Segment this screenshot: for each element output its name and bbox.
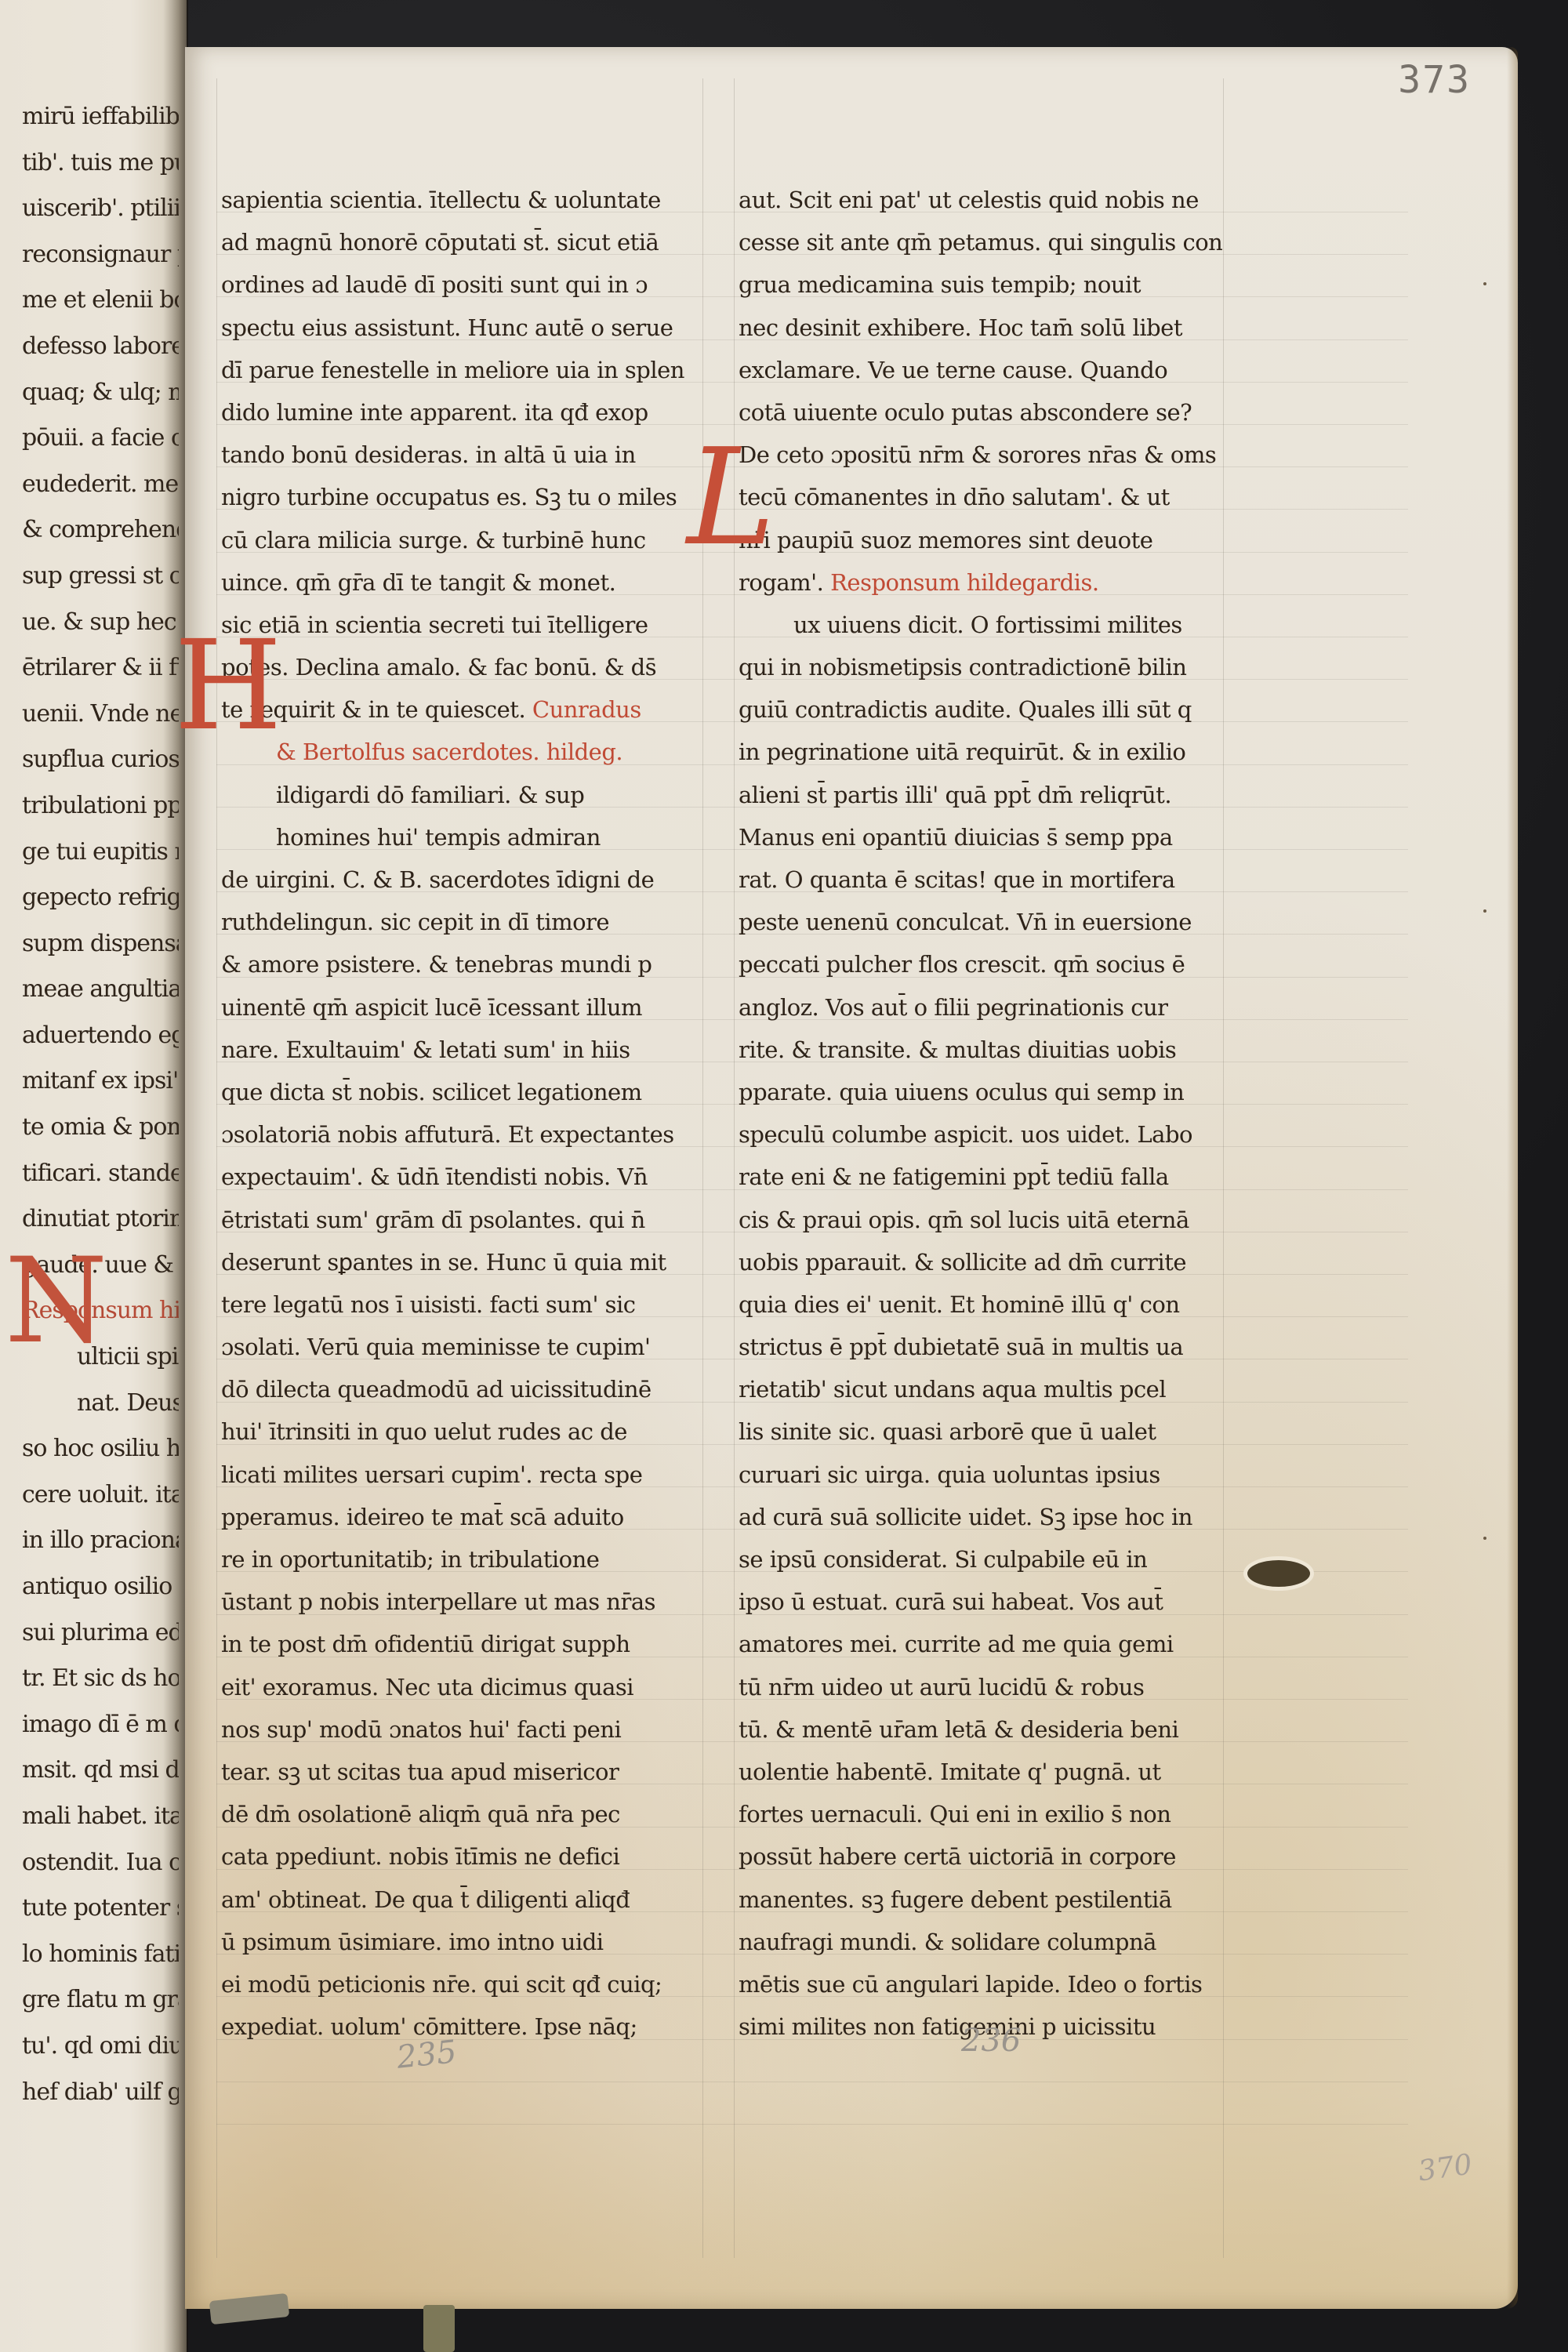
text-line: in pegrinatione uitā requirūt. & in exil… — [739, 731, 1240, 773]
text-line: tū nr̄m uideo ut aurū lucidū & robus — [739, 1666, 1240, 1708]
text-line: tere legatū nos ī uisisti. facti sum' si… — [221, 1283, 723, 1326]
decorated-initial-h: H — [174, 624, 282, 748]
decorated-initial-l: L — [687, 431, 775, 564]
text-line: manentes. sꝫ fugere debent pestilentiā — [739, 1878, 1240, 1921]
text-line: rite. & transite. & multas diuitias uobi… — [739, 1029, 1240, 1071]
text-line: tib'. tuis me pur pou — [22, 140, 179, 187]
text-line: tear. sꝫ ut scitas tua apud misericor — [221, 1751, 723, 1793]
rubric-heading: Responsum hildegardis. — [830, 569, 1098, 596]
text-line: tr. Et sic ds homine — [22, 1656, 179, 1702]
text-line: de uirgini. C. & B. sacerdotes īdigni de — [221, 858, 723, 901]
text-line: ue. & sup hec omia — [22, 600, 179, 646]
text-line: ostendit. Iua ofu — [22, 1840, 179, 1886]
ruling-line — [216, 2082, 1408, 2082]
text-line: cere uoluit. ita ut omia — [22, 1472, 179, 1519]
rubric-heading: Cunradus — [532, 696, 641, 723]
text-line: rat. O quanta ē scitas! que in mortifera — [739, 858, 1240, 901]
text-line: licati milites uersari cupim'. recta spe — [221, 1454, 723, 1496]
text-line: antiquo osilio ualde — [22, 1564, 179, 1610]
text-line: que dicta st̄ nobis. scilicet legationem — [221, 1071, 723, 1113]
text-line: exclamare. Ve ue terne cause. Quando — [739, 349, 1240, 391]
text-line: in te post dm̄ ofidentiū dirigat supph — [221, 1623, 723, 1665]
text-line: quia dies ei' uenit. Et hominē illū q' c… — [739, 1283, 1240, 1326]
text-line: expediat. uolum' cōmittere. Ipse nāq; — [221, 2005, 723, 2048]
text-line: meae angultia p'fimi — [22, 967, 179, 1013]
text-line: gepecto refrigerari — [22, 875, 179, 921]
text-line: uiscerib'. ptilii te tesla — [22, 186, 179, 232]
text-line: lis sinite sic. quasi arborē que ū ualet — [739, 1410, 1240, 1453]
text-line: nare. Exultauim' & letati sum' in hiis — [221, 1029, 723, 1071]
text-line: sup gressi st capur — [22, 554, 179, 600]
page-edge — [1507, 47, 1518, 2309]
text-line: De ceto ɔpositū nr̄m & sorores nr̄as & o… — [739, 434, 1240, 476]
text-line: supm dispensatori — [22, 921, 179, 967]
text-line: imago dī ē m quo — [22, 1702, 179, 1748]
text-line: ruthdelingun. sic cepit in dī timore — [221, 901, 723, 943]
text-line: & comprehenderit me — [22, 507, 179, 554]
text-line: guiū contradictis audite. Quales illi sū… — [739, 688, 1240, 731]
book-clasp — [423, 2305, 455, 2352]
decorated-initial-n: N — [5, 1243, 107, 1360]
text-line: tificari. stande — [22, 1151, 179, 1197]
text-line: peccati pulcher flos crescit. qm̄ socius… — [739, 943, 1240, 985]
text-line: nat. Deus eternus ē — [22, 1381, 179, 1427]
text-line: me et elenii bomm — [22, 278, 179, 324]
pricking-mark — [1483, 909, 1486, 913]
text-line: reconsignaur pou — [22, 232, 179, 278]
text-line: dido lumine inte apparent. ita qđ exop — [221, 391, 723, 434]
ruling-line — [216, 2124, 1408, 2125]
text-line: cis & praui opis. qm̄ sol lucis uitā ete… — [739, 1199, 1240, 1241]
text-line: sapientia scientia. ītellectu & uoluntat… — [221, 179, 723, 221]
text-line: fortes uernaculi. Qui eni in exilio s̄ n… — [739, 1793, 1240, 1835]
text-line: alieni st̄ partis illi' quā ppt̄ dm̄ rel… — [739, 774, 1240, 816]
text-line: ge tui eupitis relsp — [22, 829, 179, 876]
text-line: cata ppediunt. nobis ītīmis ne defici — [221, 1835, 723, 1878]
text-line: rietatib' sicut undans aqua multis pcel — [739, 1368, 1240, 1410]
text-line: pperamus. ideireo te mat̄ scā aduito — [221, 1496, 723, 1538]
text-line: ad magnū honorē cōputati st̄. sicut etiā — [221, 221, 723, 263]
text-line: quaq; & ulq; misui — [22, 370, 179, 416]
text-line: homines hui' tempis admiran — [221, 816, 723, 858]
text-line: uobis pparauit. & sollicite ad dm̄ curri… — [739, 1241, 1240, 1283]
text-line: aut. Scit eni pat' ut celestis quid nobi… — [739, 179, 1240, 221]
text-line: uinentē qm̄ aspicit lucē īcessant illum — [221, 986, 723, 1029]
parchment-hole — [1247, 1560, 1310, 1587]
folio-number: 373 — [1398, 58, 1471, 102]
text-column-left: sapientia scientia. ītellectu & uoluntat… — [221, 179, 723, 2048]
text-line: dī parue fenestelle in meliore uia in sp… — [221, 349, 723, 391]
text-line: hui' ītrinsiti in quo uelut rudes ac de — [221, 1410, 723, 1453]
text-column-right: aut. Scit eni pat' ut celestis quid nobi… — [739, 179, 1240, 2048]
text-line: dō dilecta queadmodū ad uicissitudinē — [221, 1368, 723, 1410]
text-line: aduertendo egpur — [22, 1013, 179, 1059]
text-line: tu'. qd omi diui pp — [22, 2024, 179, 2070]
text-line: mali habet. ita osi — [22, 1794, 179, 1840]
text-line: rogam'. Responsum hildegardis. — [739, 561, 1240, 604]
text-line: tribulationi ppncul — [22, 783, 179, 829]
text-line: grua medicamina suis tempib; nouit — [739, 263, 1240, 306]
text-line: ordines ad laudē dī positi sunt qui in ɔ — [221, 263, 723, 306]
text-line: ɔsolatoriā nobis affuturā. Et expectante… — [221, 1113, 723, 1156]
manuscript-page: 373 sapientia scientia. ītellectu & uolu… — [185, 47, 1518, 2309]
text-line: ū psimum ūsimiare. imo intno uidi — [221, 1921, 723, 1963]
text-line: peste uenenū conculcat. Vn̄ in euersione — [739, 901, 1240, 943]
text-line: tū. & mentē ur̄am letā & desideria beni — [739, 1708, 1240, 1751]
text-line: cotā uiuente oculo putas abscondere se? — [739, 391, 1240, 434]
text-line: amatores mei. currite ad me quia gemi — [739, 1623, 1240, 1665]
text-line: sic etiā in scientia secreti tui ītellig… — [221, 604, 723, 646]
text-line: potes. Declina amalo. & fac bonū. & ds̄ — [221, 646, 723, 688]
text-line: mitanf ex ipsi' ipmr — [22, 1058, 179, 1105]
text-line: mirū ieffabilib' ppriis — [22, 94, 179, 140]
text-line: in illo pracionalitat — [22, 1518, 179, 1564]
text-line: hef diab' uilf gaui — [22, 2070, 179, 2116]
text-line: angloz. Vos aut̄ o filii pegrinationis c… — [739, 986, 1240, 1029]
text-line: possūt habere certā uictoriā in corpore — [739, 1835, 1240, 1878]
text-line: nos sup' modū ɔnatos hui' facti peni — [221, 1708, 723, 1751]
text-line: curuari sic uirga. quia uoluntas ipsius — [739, 1454, 1240, 1496]
text-line: & amore psistere. & tenebras mundi p — [221, 943, 723, 985]
pencil-number-235: 235 — [395, 2034, 459, 2076]
text-line: sui plurima edifica — [22, 1610, 179, 1657]
text-line: speculū columbe aspicit. uos uidet. Labo — [739, 1113, 1240, 1156]
text-line: so hoc osiliu habuit qd — [22, 1426, 179, 1472]
text-line: ɔsolati. Verū quia meminisse te cupim' — [221, 1326, 723, 1368]
text-line: pparate. quia uiuens oculus qui semp in — [739, 1071, 1240, 1113]
text-line: & Bertolfus sacerdotes. hildeg. — [221, 731, 723, 773]
text-line: spectu eius assistunt. Hunc autē o serue — [221, 307, 723, 349]
text-line: pōuii. a facie oculoz — [22, 416, 179, 462]
text-line: deserunt sꝑantes in se. Hunc ū quia mit — [221, 1241, 723, 1283]
text-line: ūstant p nobis interpellare ut mas nr̄as — [221, 1581, 723, 1623]
text-line: ildigardi dō familiari. & sup — [221, 774, 723, 816]
text-line: defesso labore. Si — [22, 324, 179, 370]
text-line: uince. qm̄ gr̄a dī te tangit & monet. — [221, 561, 723, 604]
text-line: re in oportunitatib; in tribulatione — [221, 1538, 723, 1581]
text-line: eudederit. me mali — [22, 462, 179, 508]
text-line: se ipsū considerat. Si culpabile eū in — [739, 1538, 1240, 1581]
text-line: te omia & pomia — [22, 1105, 179, 1151]
pencil-number-236: 236 — [961, 2023, 1021, 2059]
ruling-line — [734, 78, 735, 2258]
text-line: gre flatu m graduu — [22, 1977, 179, 2024]
text-line: dē dm̄ osolationē aliqm̄ quā nr̄a pec — [221, 1793, 723, 1835]
ruling-line — [216, 78, 217, 2258]
text-line: ētrilarer & ii fuit — [22, 645, 179, 691]
pencil-number-370: 370 — [1417, 2148, 1475, 2187]
text-line: supflua curiositat — [22, 737, 179, 783]
pricking-mark — [1483, 282, 1486, 285]
text-line: rate eni & ne fatigemini ppt̄ tediū fall… — [739, 1156, 1240, 1198]
text-line: te requirit & in te quiescet. Cunradus — [221, 688, 723, 731]
text-line: Manus eni opantiū diuicias s̄ semp ppa — [739, 816, 1240, 858]
text-line: tecū cōmanentes in dn̄o salutam'. & ut — [739, 476, 1240, 518]
text-line: nr̄i paupiū suoz memores sint deuote — [739, 519, 1240, 561]
text-line: tando bonū desideras. in altā ū uia in — [221, 434, 723, 476]
text-line: strictus ē ppt̄ dubietatē suā in multis … — [739, 1326, 1240, 1368]
text-line: nec desinit exhibere. Hoc tam̄ solū libe… — [739, 307, 1240, 349]
text-line: mētis sue cū angulari lapide. Ideo o for… — [739, 1963, 1240, 2005]
text-line: qui in nobismetipsis contradictionē bili… — [739, 646, 1240, 688]
text-line: ad curā suā sollicite uidet. Sꝫ ipse hoc… — [739, 1496, 1240, 1538]
text-line: lo hominis fatigem — [22, 1932, 179, 1978]
text-line: expectauim'. & ūdn̄ ītendisti nobis. Vn̄ — [221, 1156, 723, 1198]
text-line: ei modū peticionis nr̄e. qui scit qđ cui… — [221, 1963, 723, 2005]
text-line: msit. qd msi diab — [22, 1748, 179, 1794]
text-line: ipso ū estuat. curā sui habeat. Vos aut̄ — [739, 1581, 1240, 1623]
text-line: ux uiuens dicit. O fortissimi milites — [739, 604, 1240, 646]
text-line: cesse sit ante qm̄ petamus. qui singulis… — [739, 221, 1240, 263]
left-page-text: mirū ieffabilib' ppriistib'. tuis me pur… — [22, 94, 179, 2115]
text-line: uenii. Vnde ne tam — [22, 691, 179, 738]
text-line: am' obtineat. De qua t̄ diligenti aliqđ — [221, 1878, 723, 1921]
text-line: ētristati sum' grām dī psolantes. qui n̄ — [221, 1199, 723, 1241]
text-line: eit' exoramus. Nec uta dicimus quasi — [221, 1666, 723, 1708]
text-line: uolentie habentē. Imitate q' pugnā. ut — [739, 1751, 1240, 1793]
pricking-mark — [1483, 1537, 1486, 1540]
text-line: naufragi mundi. & solidare columpnā — [739, 1921, 1240, 1963]
text-line: nigro turbine occupatus es. Sꝫ tu o mile… — [221, 476, 723, 518]
text-line: tute potenter sinc — [22, 1886, 179, 1932]
text-line: cū clara milicia surge. & turbinē hunc — [221, 519, 723, 561]
left-facing-page: mirū ieffabilib' ppriistib'. tuis me pur… — [0, 0, 187, 2352]
